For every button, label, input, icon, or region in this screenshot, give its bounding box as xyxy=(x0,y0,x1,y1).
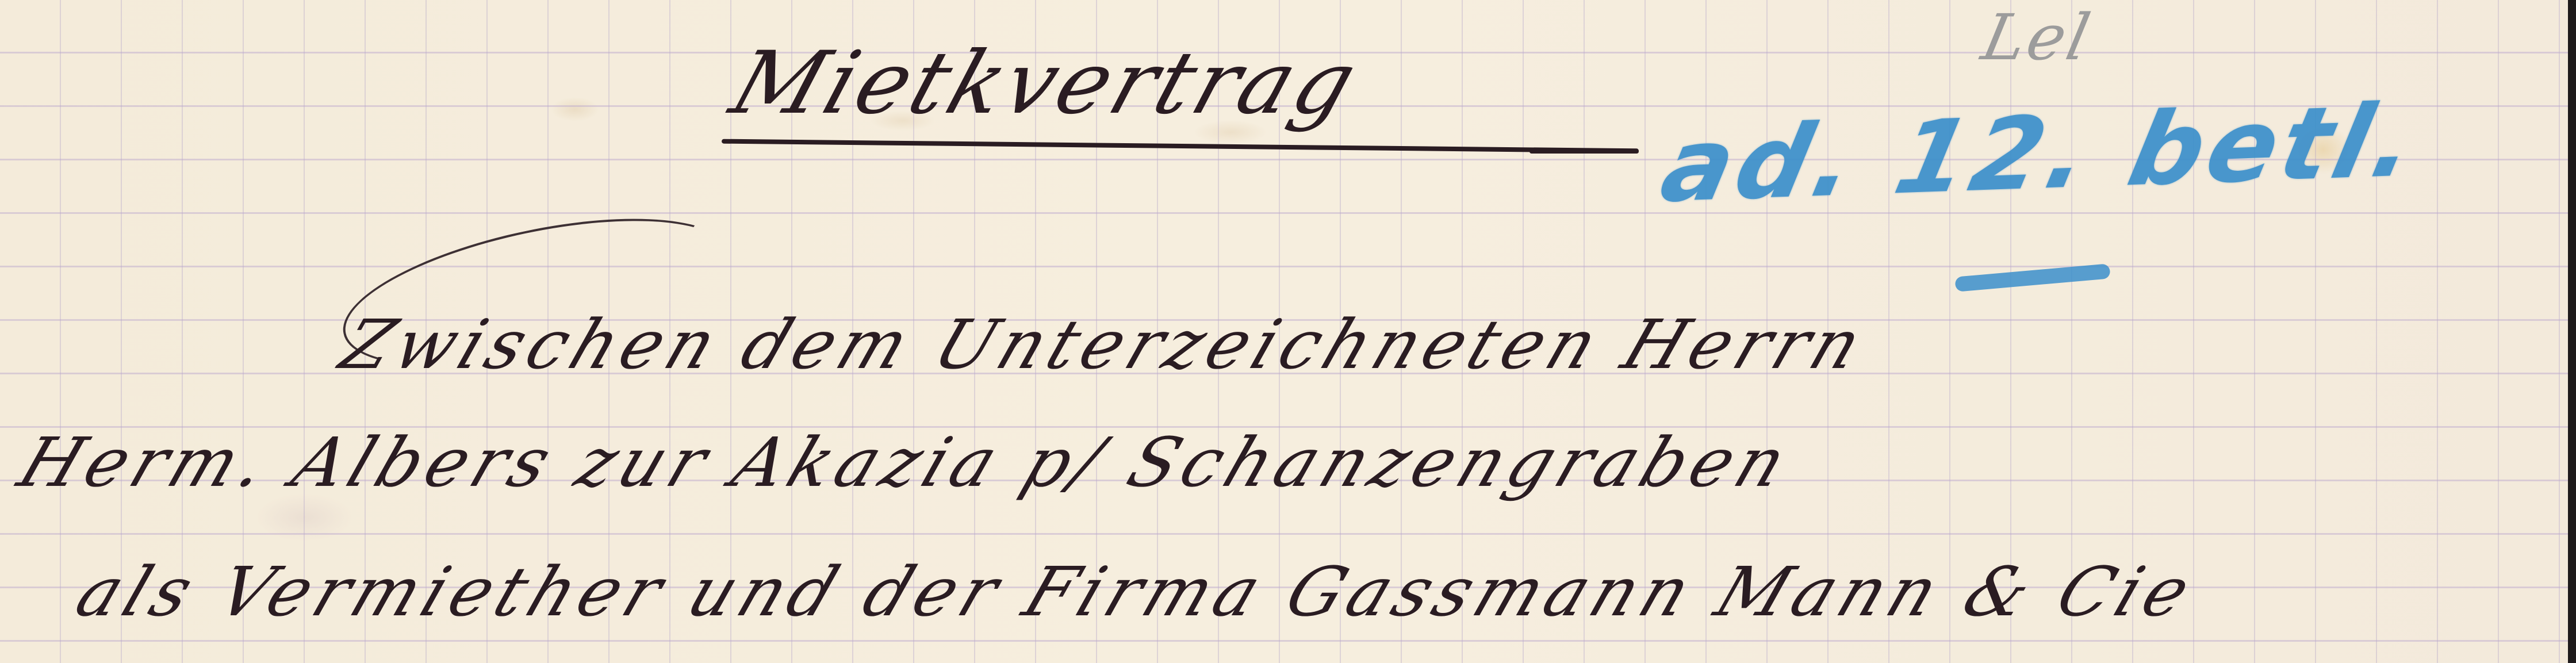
scan-edge-border xyxy=(2568,0,2576,663)
pencil-annotation: Lel xyxy=(1977,6,2097,69)
body-line-3: als Vermiether und der Firma Gassmann Ma… xyxy=(68,558,2205,626)
blue-crayon-annotation: ad. 12. betl. xyxy=(1654,90,2429,217)
body-line-1: Zwischen dem Unterzeichneten Herrn xyxy=(333,311,1876,378)
title-underline xyxy=(722,139,1639,154)
blue-crayon-underline xyxy=(1954,263,2110,292)
title-underline-tail xyxy=(1529,150,1639,154)
handwritten-document-page: Lel Mietkvertrag ad. 12. betl. Zwischen … xyxy=(0,0,2576,663)
body-line-2: Herm. Albers zur Akazia p/ Schanzengrabe… xyxy=(11,428,1800,496)
document-title: Mietkvertrag xyxy=(722,40,1369,127)
